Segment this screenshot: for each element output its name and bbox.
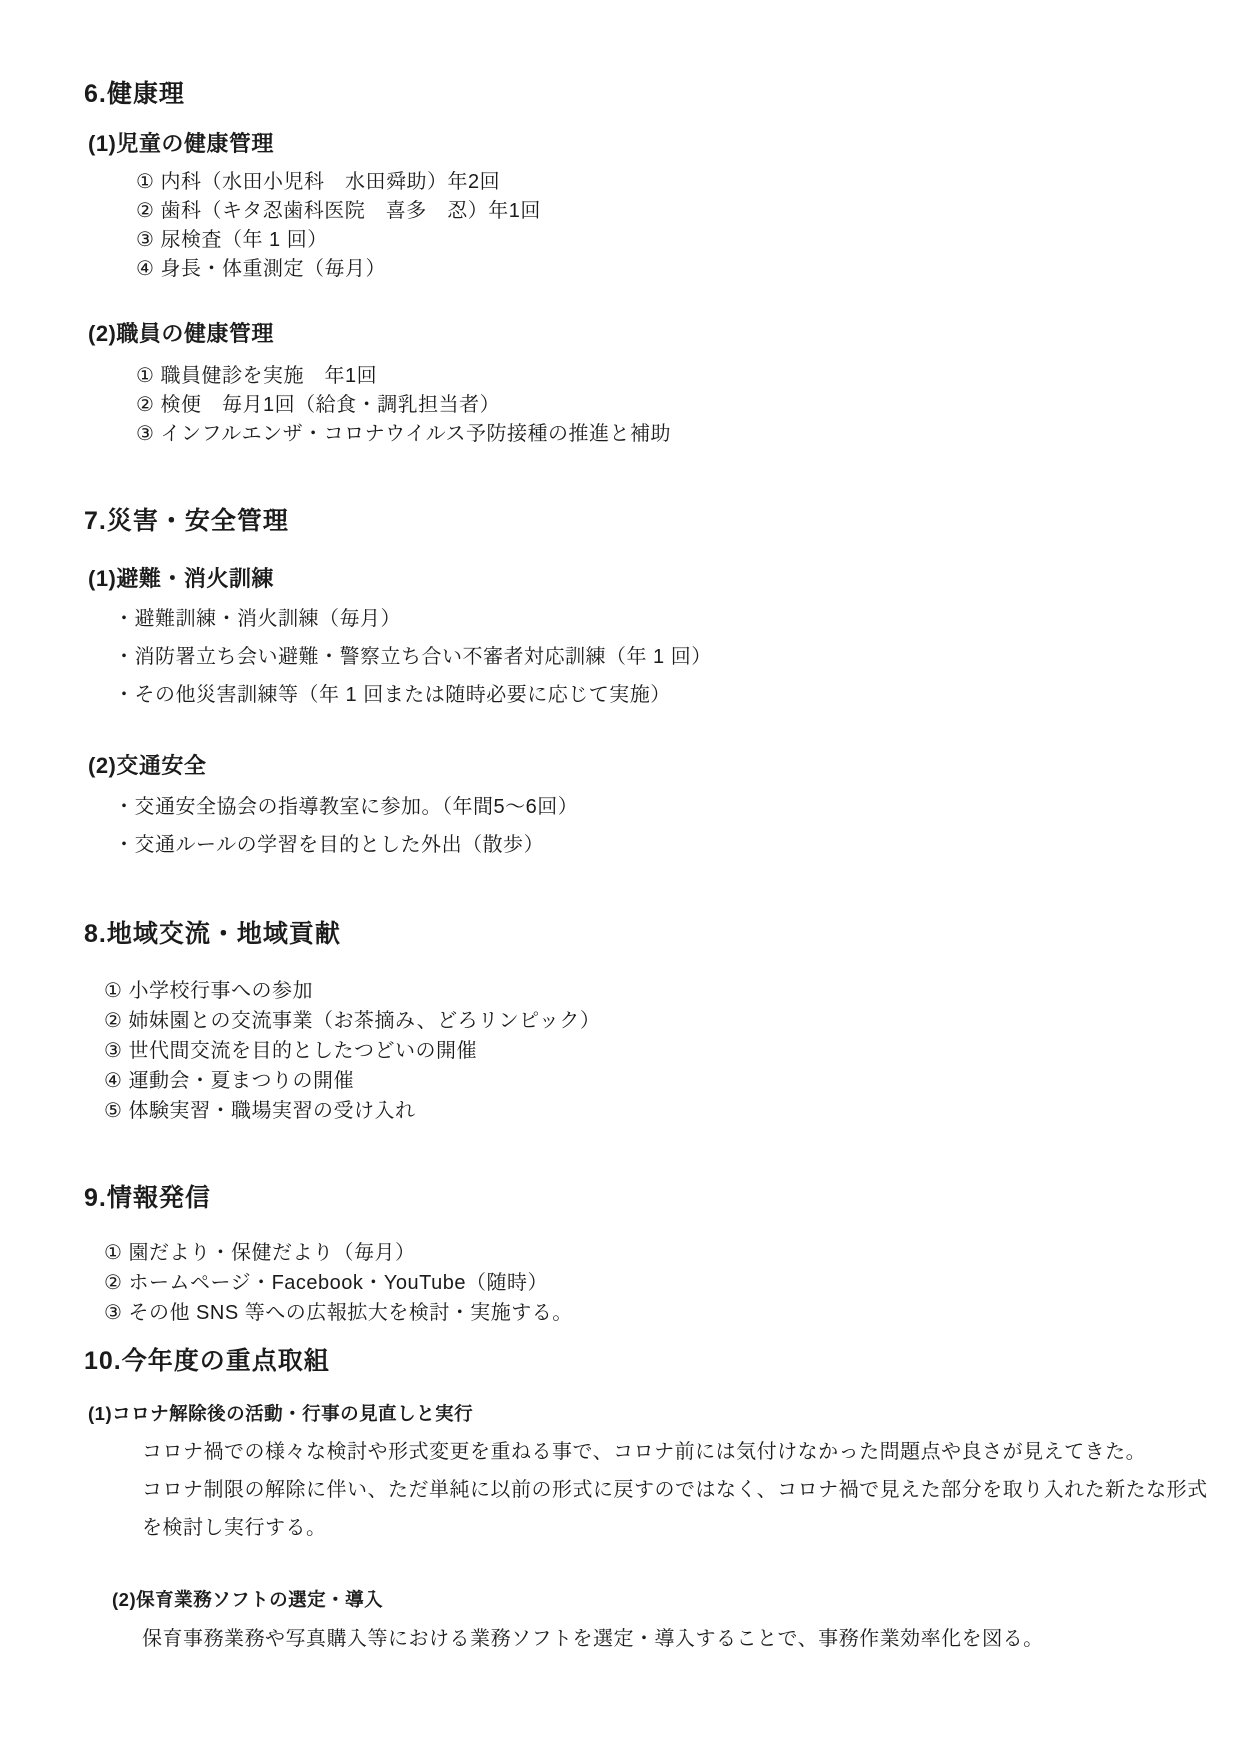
list-item: ① 職員健診を実施 年1回 (136, 362, 1180, 391)
list-item: ④ 身長・体重測定（毎月） (136, 255, 1180, 284)
bullet-item: ・避難訓練・消火訓練（毎月） (114, 600, 1180, 638)
section-7-sub-2-heading: (2)交通安全 (88, 752, 1180, 780)
section-10-sub-2-heading: (2)保育業務ソフトの選定・導入 (112, 1588, 1180, 1612)
bullet-item: ・その他災害訓練等（年 1 回または随時必要に応じて実施） (114, 676, 1180, 714)
list-item: ① 園だより・保健だより（毎月） (104, 1238, 1180, 1268)
section-8-heading: 8.地域交流・地域貢献 (84, 918, 1180, 950)
section-9-list: ① 園だより・保健だより（毎月） ② ホームページ・Facebook・YouTu… (104, 1238, 1180, 1328)
list-item: ④ 運動会・夏まつりの開催 (104, 1066, 1180, 1096)
list-item: ⑤ 体験実習・職場実習の受け入れ (104, 1096, 1180, 1126)
section-8-list: ① 小学校行事への参加 ② 姉妹園との交流事業（お茶摘み、どろリンピック） ③ … (104, 976, 1180, 1126)
list-item: ② 検便 毎月1回（給食・調乳担当者） (136, 391, 1180, 420)
bullet-item: ・交通安全協会の指導教室に参加。（年間5～6回） (114, 788, 1180, 826)
section-7-sub-2-list: ・交通安全協会の指導教室に参加。（年間5～6回） ・交通ルールの学習を目的とした… (114, 788, 1180, 864)
bullet-item: ・交通ルールの学習を目的とした外出（散歩） (114, 826, 1180, 864)
list-item: ③ 尿検査（年 1 回） (136, 226, 1180, 255)
list-item: ③ インフルエンザ・コロナウイルス予防接種の推進と補助 (136, 420, 1180, 449)
section-6-sub-1-heading: (1)児童の健康管理 (88, 130, 1180, 158)
section-6-heading: 6.健康理 (84, 78, 1180, 110)
document-page: 6.健康理 (1)児童の健康管理 ① 内科（水田小児科 水田舜助）年2回 ② 歯… (0, 0, 1240, 1755)
list-item: ③ 世代間交流を目的としたつどいの開催 (104, 1036, 1180, 1066)
section-7-sub-1-list: ・避難訓練・消火訓練（毎月） ・消防署立ち会い避難・警察立ち合い不審者対応訓練（… (114, 600, 1180, 714)
paragraph-line: コロナ禍での様々な検討や形式変更を重ねる事で、コロナ前には気付けなかった問題点や… (142, 1433, 1180, 1471)
section-10-sub-1-paragraph: コロナ禍での様々な検討や形式変更を重ねる事で、コロナ前には気付けなかった問題点や… (142, 1433, 1180, 1547)
bullet-item: ・消防署立ち会い避難・警察立ち合い不審者対応訓練（年 1 回） (114, 638, 1180, 676)
section-10-heading: 10.今年度の重点取組 (84, 1345, 1180, 1377)
list-item: ① 小学校行事への参加 (104, 976, 1180, 1006)
section-9-heading: 9.情報発信 (84, 1182, 1180, 1214)
list-item: ② 姉妹園との交流事業（お茶摘み、どろリンピック） (104, 1006, 1180, 1036)
paragraph-line: 保育事務業務や写真購入等における業務ソフトを選定・導入することで、事務作業効率化… (142, 1620, 1180, 1658)
section-7-sub-1-heading: (1)避難・消火訓練 (88, 565, 1180, 593)
section-10-sub-2-paragraph: 保育事務業務や写真購入等における業務ソフトを選定・導入することで、事務作業効率化… (142, 1620, 1180, 1658)
list-item: ① 内科（水田小児科 水田舜助）年2回 (136, 168, 1180, 197)
section-7-heading: 7.災害・安全管理 (84, 505, 1180, 537)
paragraph-line: コロナ制限の解除に伴い、ただ単純に以前の形式に戻すのではなく、コロナ禍で見えた部… (142, 1471, 1180, 1509)
section-6-sub-1-list: ① 内科（水田小児科 水田舜助）年2回 ② 歯科（キタ忍歯科医院 喜多 忍）年1… (136, 168, 1180, 284)
section-6-sub-2-list: ① 職員健診を実施 年1回 ② 検便 毎月1回（給食・調乳担当者） ③ インフル… (136, 362, 1180, 449)
paragraph-line: を検討し実行する。 (142, 1509, 1180, 1547)
list-item: ③ その他 SNS 等への広報拡大を検討・実施する。 (104, 1298, 1180, 1328)
section-6-sub-2-heading: (2)職員の健康管理 (88, 320, 1180, 348)
list-item: ② 歯科（キタ忍歯科医院 喜多 忍）年1回 (136, 197, 1180, 226)
section-10-sub-1-heading: (1)コロナ解除後の活動・行事の見直しと実行 (88, 1402, 1180, 1426)
list-item: ② ホームページ・Facebook・YouTube（随時） (104, 1268, 1180, 1298)
